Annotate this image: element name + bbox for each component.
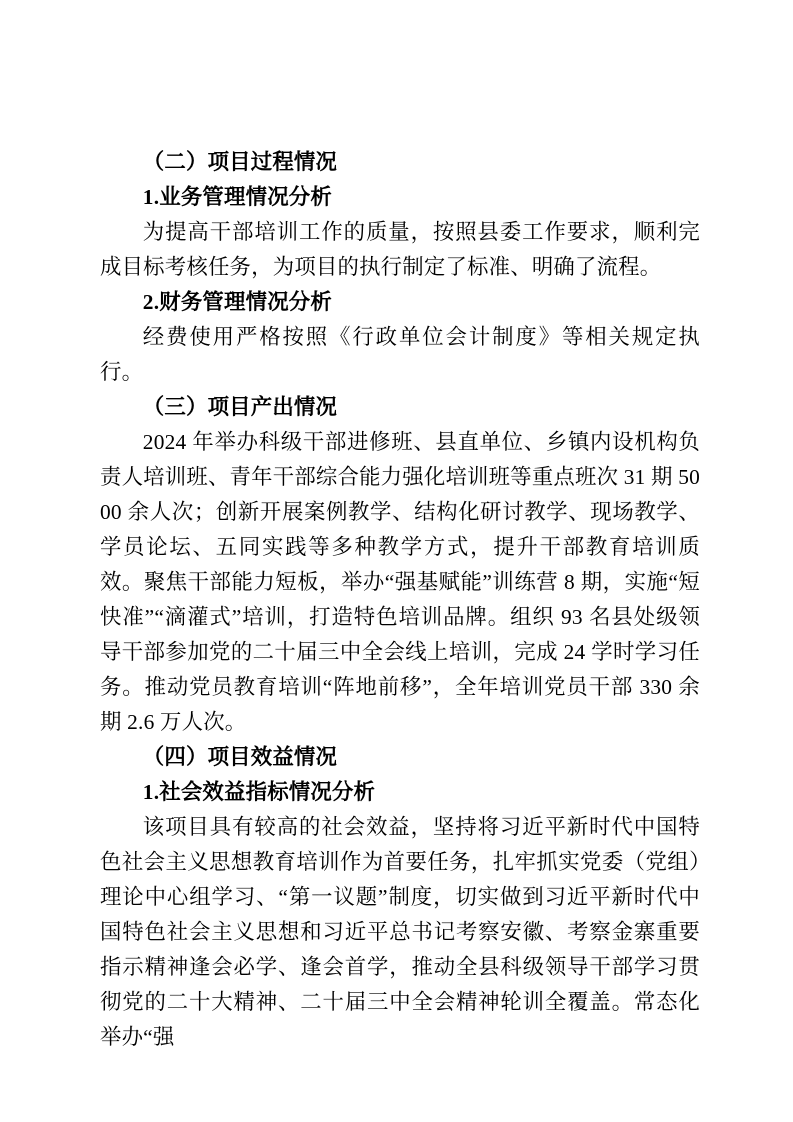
sub-heading-social-benefit: 1.社会效益指标情况分析 (100, 775, 700, 810)
sub-heading-business-management: 1.业务管理情况分析 (100, 180, 700, 215)
paragraph-social-benefit: 该项目具有较高的社会效益，坚持将习近平新时代中国特色社会主义思想教育培训作为首要… (100, 810, 700, 1055)
paragraph-business-management: 为提高干部培训工作的质量，按照县委工作要求，顺利完成目标考核任务，为项目的执行制… (100, 215, 700, 285)
section-heading-project-benefit: （四）项目效益情况 (100, 740, 700, 775)
section-heading-project-output: （三）项目产出情况 (100, 390, 700, 425)
paragraph-project-output: 2024 年举办科级干部进修班、县直单位、乡镇内设机构负责人培训班、青年干部综合… (100, 425, 700, 740)
paragraph-financial-management: 经费使用严格按照《行政单位会计制度》等相关规定执行。 (100, 320, 700, 390)
document-content: （二）项目过程情况 1.业务管理情况分析 为提高干部培训工作的质量，按照县委工作… (100, 145, 700, 1055)
document-page: （二）项目过程情况 1.业务管理情况分析 为提高干部培训工作的质量，按照县委工作… (0, 0, 793, 1122)
section-heading-project-process: （二）项目过程情况 (100, 145, 700, 180)
sub-heading-financial-management: 2.财务管理情况分析 (100, 285, 700, 320)
